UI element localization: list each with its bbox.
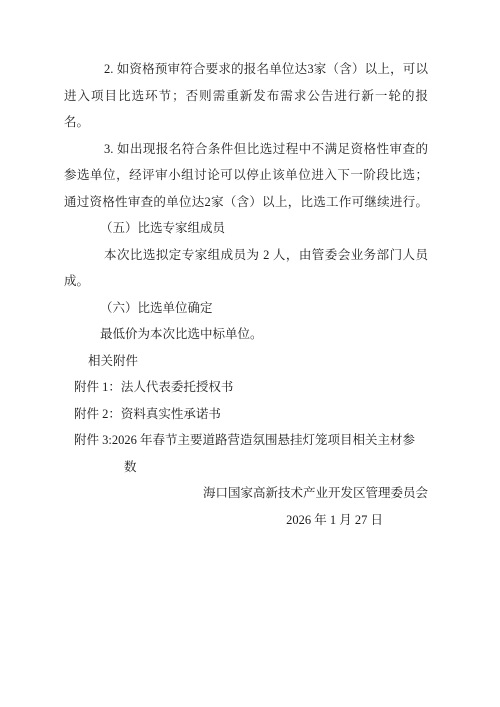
document-text-block: 2. 如资格预审符合要求的报名单位达3家（含）以上，可以 进入项目比选环节；否则… xyxy=(64,56,428,533)
body-line: 最低价为本次比选中标单位。 xyxy=(64,321,428,348)
signature-date: 2026 年 1 月 27 日 xyxy=(64,507,428,534)
attachment-item: 附件 2：资料真实性承诺书 xyxy=(64,401,428,428)
attachment-item: 附件 1：法人代表委托授权书 xyxy=(64,374,428,401)
signature-org: 海口国家高新技术产业开发区管理委员会 xyxy=(64,480,428,507)
document-page: 2. 如资格预审符合要求的报名单位达3家（含）以上，可以 进入项目比选环节；否则… xyxy=(0,0,500,707)
section-heading: （五）比选专家组成员 xyxy=(64,215,428,242)
body-line: 参选单位，经评审小组讨论可以停止该单位进入下一阶段比选； xyxy=(64,162,428,189)
attachment-item-continuation: 数 xyxy=(64,454,428,481)
body-line: 2. 如资格预审符合要求的报名单位达3家（含）以上，可以 xyxy=(64,56,428,83)
body-line: 本次比选拟定专家组成员为 2 人，由管委会业务部门人员组 xyxy=(64,242,428,269)
section-heading: （六）比选单位确定 xyxy=(64,295,428,322)
attachments-title: 相关附件 xyxy=(64,348,428,375)
body-line: 进入项目比选环节；否则需重新发布需求公告进行新一轮的报 xyxy=(64,83,428,110)
body-line: 成。 xyxy=(64,268,428,295)
body-line: 3. 如出现报名符合条件但比选过程中不满足资格性审查的 xyxy=(64,136,428,163)
body-line: 通过资格性审查的单位达2家（含）以上，比选工作可继续进行。 xyxy=(64,189,428,216)
body-line: 名。 xyxy=(64,109,428,136)
attachment-item: 附件 3:2026 年春节主要道路营造氛围悬挂灯笼项目相关主材参 xyxy=(64,427,428,454)
